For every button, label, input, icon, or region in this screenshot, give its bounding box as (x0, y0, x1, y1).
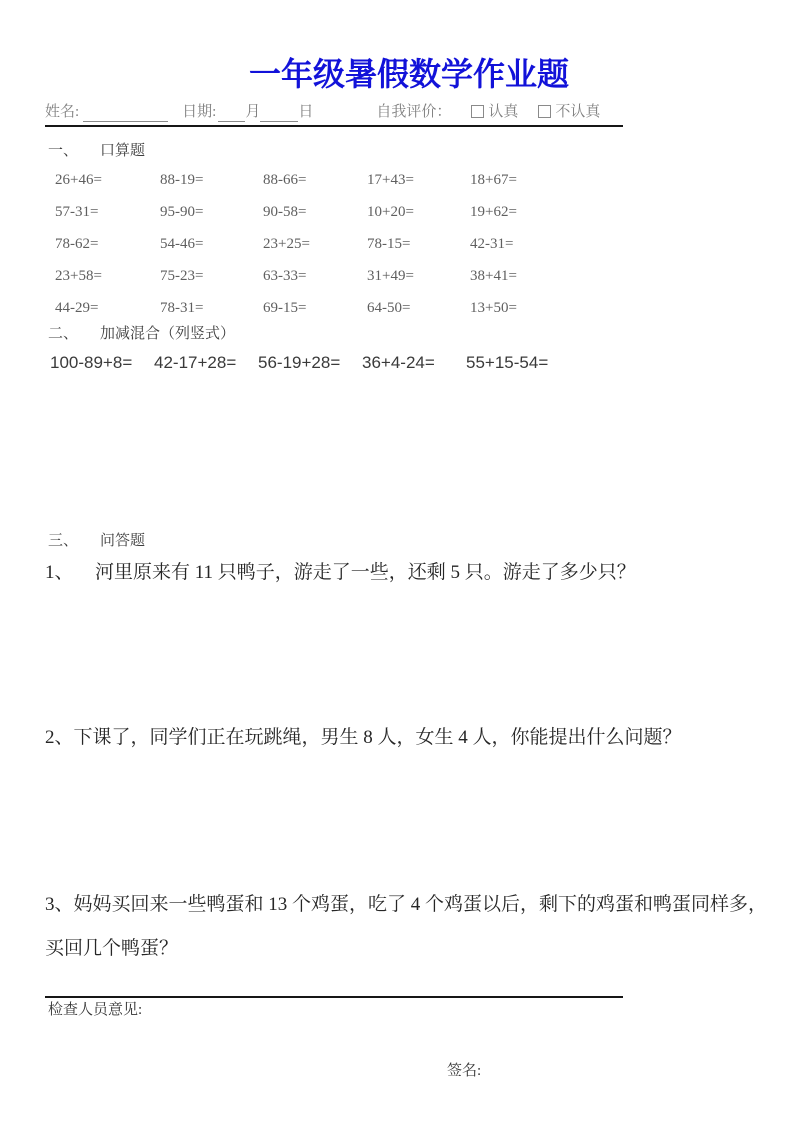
student-info-header: 姓名: 日期: 月 日 自我评价： 认真 不认真 (45, 100, 645, 122)
section-oral-number: 一、 (48, 143, 100, 159)
word-problem-3-number: 3、 (45, 894, 74, 915)
month-label: 月 (245, 102, 260, 122)
word-problem-2-text: 下课了，同学们正在玩跳绳，男生 8 人，女生 4 人，你能提出什么问题？ (74, 727, 682, 748)
word-problem-3: 3、妈妈买回来一些鸭蛋和 13 个鸡蛋，吃了 4 个鸡蛋以后，剩下的鸡蛋和鸭蛋同… (45, 883, 785, 971)
oral-problem: 13+50= (470, 292, 570, 324)
mixed-problem: 100-89+8= (50, 352, 154, 374)
section-word-number: 三、 (48, 533, 100, 549)
section-mixed-title: 加减混合（列竖式） (100, 326, 235, 342)
oral-problem: 88-19= (160, 164, 263, 196)
oral-problem: 90-58= (263, 196, 367, 228)
oral-problem: 42-31= (470, 228, 570, 260)
name-blank-line (83, 105, 168, 122)
mixed-problem: 36+4-24= (362, 352, 466, 374)
page-title: 一年级暑假数学作业题 (0, 54, 793, 94)
checkbox-icon (538, 105, 551, 118)
oral-problem: 69-15= (263, 292, 367, 324)
word-problem-2-number: 2、 (45, 727, 74, 748)
oral-problem: 57-31= (55, 196, 160, 228)
oral-problem: 88-66= (263, 164, 367, 196)
mixed-problems-row: 100-89+8= 42-17+28= 56-19+28= 36+4-24= 5… (50, 352, 548, 374)
oral-problem: 19+62= (470, 196, 570, 228)
oral-problem: 63-33= (263, 260, 367, 292)
oral-problem: 10+20= (367, 196, 470, 228)
oral-problem: 18+67= (470, 164, 570, 196)
section-word-heading: 三、 问答题 (48, 533, 145, 549)
signature-label: 签名: (447, 1062, 481, 1080)
oral-problem: 75-23= (160, 260, 263, 292)
oral-problem: 78-31= (160, 292, 263, 324)
oral-problem: 44-29= (55, 292, 160, 324)
oral-problem: 78-15= (367, 228, 470, 260)
oral-problems-grid: 26+46= 88-19= 88-66= 17+43= 18+67= 57-31… (55, 164, 570, 324)
oral-problem: 64-50= (367, 292, 470, 324)
oral-problem: 78-62= (55, 228, 160, 260)
word-problem-1-text: 河里原来有 11 只鸭子，游走了一些，还剩 5 只。游走了多少只？ (95, 562, 636, 583)
footer-divider (45, 996, 623, 998)
date-label: 日期: (182, 102, 216, 122)
oral-problem: 26+46= (55, 164, 160, 196)
section-oral-heading: 一、 口算题 (48, 143, 145, 159)
oral-problem: 17+43= (367, 164, 470, 196)
oral-problem: 23+25= (263, 228, 367, 260)
oral-problem: 54-46= (160, 228, 263, 260)
checkbox-serious-label: 认真 (488, 102, 518, 122)
checkbox-option-not-serious: 不认真 (538, 102, 600, 122)
mixed-problem: 56-19+28= (258, 352, 362, 374)
mixed-problem: 55+15-54= (466, 352, 548, 374)
worksheet-page: 一年级暑假数学作业题 姓名: 日期: 月 日 自我评价： 认真 不认真 一、 口… (0, 0, 793, 1122)
oral-problem: 38+41= (470, 260, 570, 292)
mixed-problem: 42-17+28= (154, 352, 258, 374)
word-problem-2: 2、下课了，同学们正在玩跳绳，男生 8 人，女生 4 人，你能提出什么问题？ (45, 716, 785, 760)
oral-problem: 23+58= (55, 260, 160, 292)
checkbox-not-serious-label: 不认真 (555, 102, 600, 122)
checkbox-option-serious: 认真 (471, 102, 518, 122)
day-blank-line (260, 105, 298, 122)
month-blank-line (218, 105, 245, 122)
name-label: 姓名: (45, 102, 79, 122)
word-problem-1-number: 1、 (45, 551, 95, 595)
oral-problem: 31+49= (367, 260, 470, 292)
section-word-title: 问答题 (100, 533, 145, 549)
section-mixed-number: 二、 (48, 326, 100, 342)
inspector-comment-label: 检查人员意见: (48, 1001, 142, 1019)
day-label: 日 (298, 102, 313, 122)
word-problem-1: 1、河里原来有 11 只鸭子，游走了一些，还剩 5 只。游走了多少只？ (45, 551, 785, 595)
checkbox-icon (471, 105, 484, 118)
header-divider (45, 125, 623, 127)
oral-problem: 95-90= (160, 196, 263, 228)
word-problem-3-text: 妈妈买回来一些鸭蛋和 13 个鸡蛋，吃了 4 个鸡蛋以后，剩下的鸡蛋和鸭蛋同样多… (45, 894, 767, 959)
section-oral-title: 口算题 (100, 143, 145, 159)
section-mixed-heading: 二、 加减混合（列竖式） (48, 326, 235, 342)
self-eval-label: 自我评价： (376, 102, 451, 122)
